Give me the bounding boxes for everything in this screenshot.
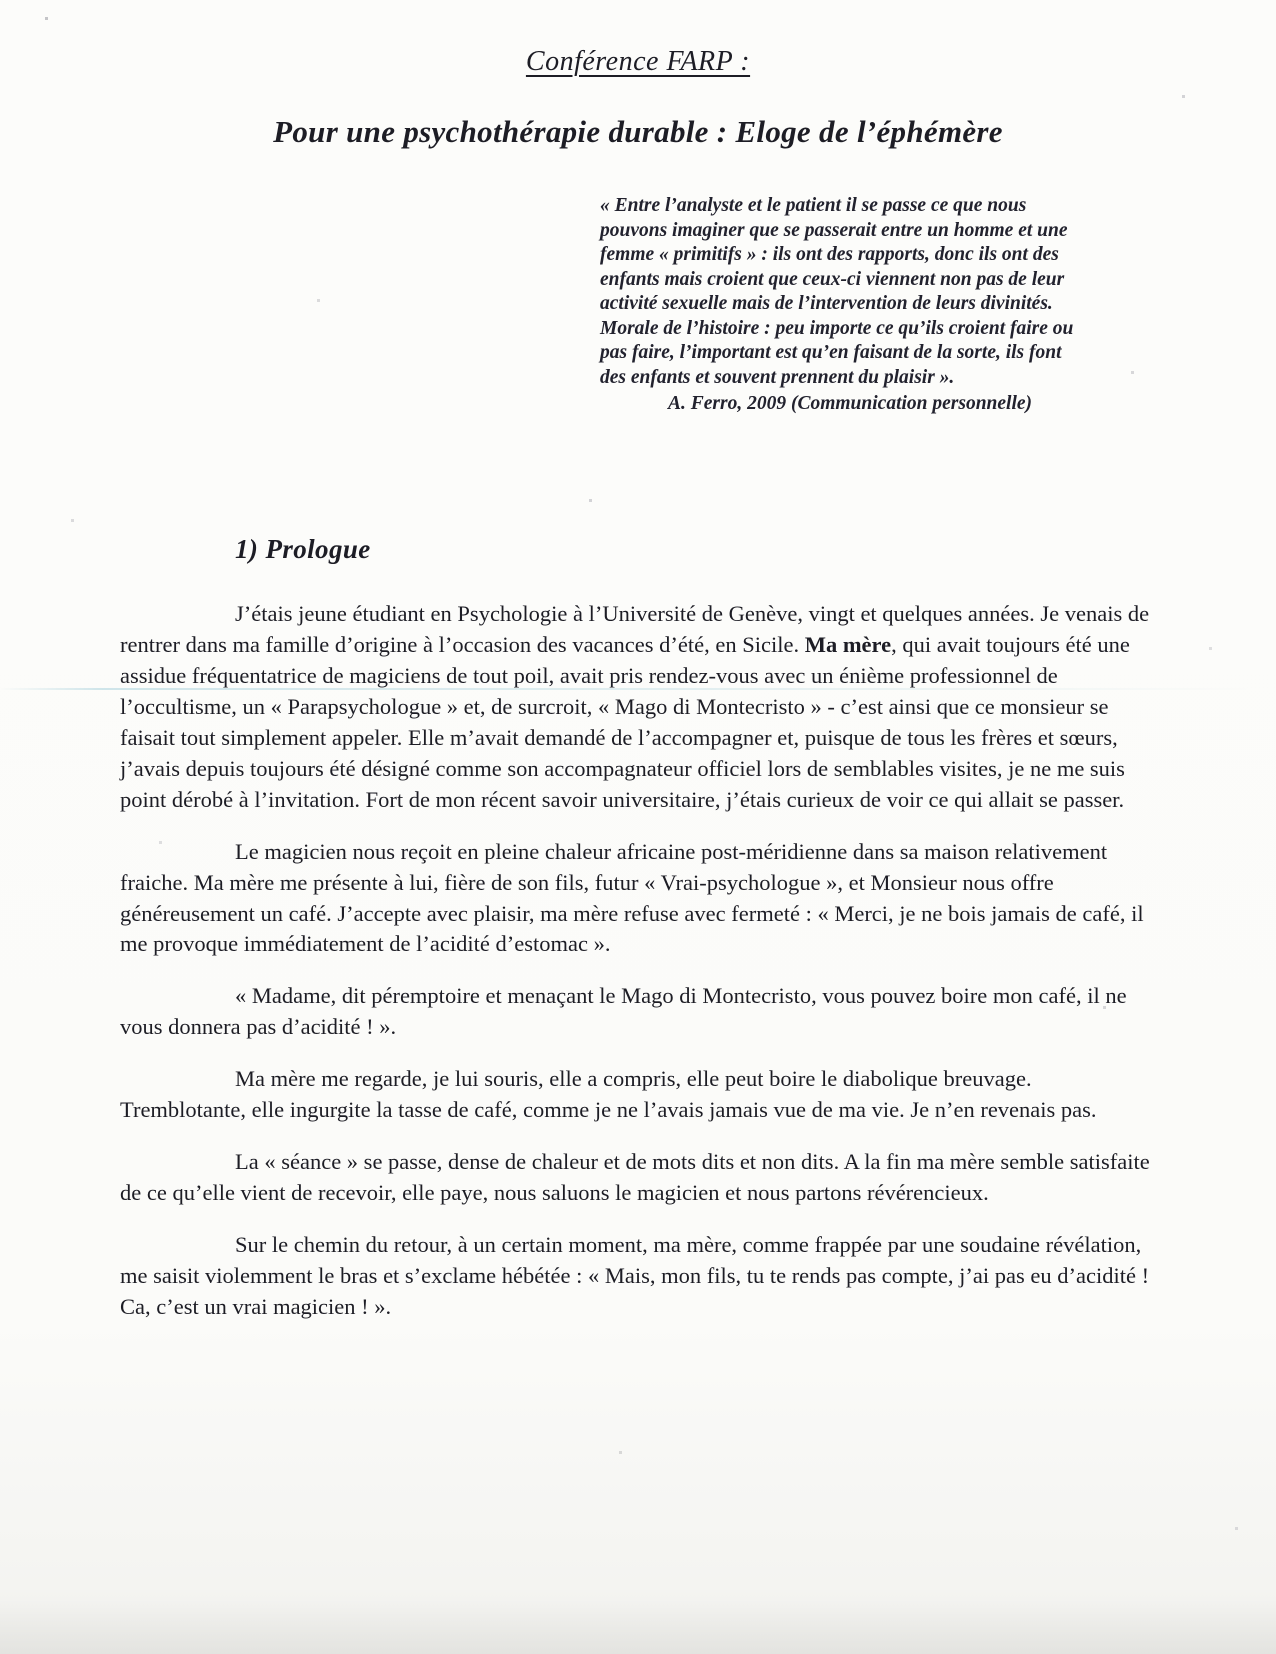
epigraph-block: « Entre l’analyste et le patient il se p… [600, 194, 1082, 416]
paragraph: Sur le chemin du retour, à un certain mo… [120, 1230, 1158, 1323]
paragraph-text-run: Le magicien nous reçoit en pleine chaleu… [120, 839, 1144, 957]
paragraph: La « séance » se passe, dense de chaleur… [120, 1147, 1158, 1209]
paragraph-text-run: La « séance » se passe, dense de chaleur… [120, 1149, 1150, 1205]
document-header: Conférence FARP : [0, 0, 1276, 78]
document-title: Pour une psychothérapie durable : Eloge … [0, 114, 1276, 150]
scanned-document-page: Conférence FARP : Pour une psychothérapi… [0, 0, 1276, 1654]
document-body: J’étais jeune étudiant en Psychologie à … [120, 599, 1158, 1323]
epigraph-attribution: A. Ferro, 2009 (Communication personnell… [668, 392, 1082, 417]
paragraph-text-run: , qui avait toujours été une assidue fré… [120, 632, 1130, 812]
paragraph: « Madame, dit péremptoire et menaçant le… [120, 981, 1158, 1043]
paragraph: Ma mère me regarde, je lui souris, elle … [120, 1064, 1158, 1126]
paragraph: J’étais jeune étudiant en Psychologie à … [120, 599, 1158, 816]
paragraph: Le magicien nous reçoit en pleine chaleu… [120, 837, 1158, 961]
scan-artifact-smudge [0, 1600, 1276, 1654]
epigraph-quote: « Entre l’analyste et le patient il se p… [600, 194, 1082, 391]
section-heading-prologue: 1) Prologue [235, 534, 1276, 565]
paragraph-bold-run: Ma mère [805, 632, 891, 657]
paragraph-text-run: « Madame, dit péremptoire et menaçant le… [120, 983, 1127, 1039]
paragraph-text-run: Ma mère me regarde, je lui souris, elle … [120, 1066, 1097, 1122]
paragraph-text-run: Sur le chemin du retour, à un certain mo… [120, 1232, 1149, 1319]
